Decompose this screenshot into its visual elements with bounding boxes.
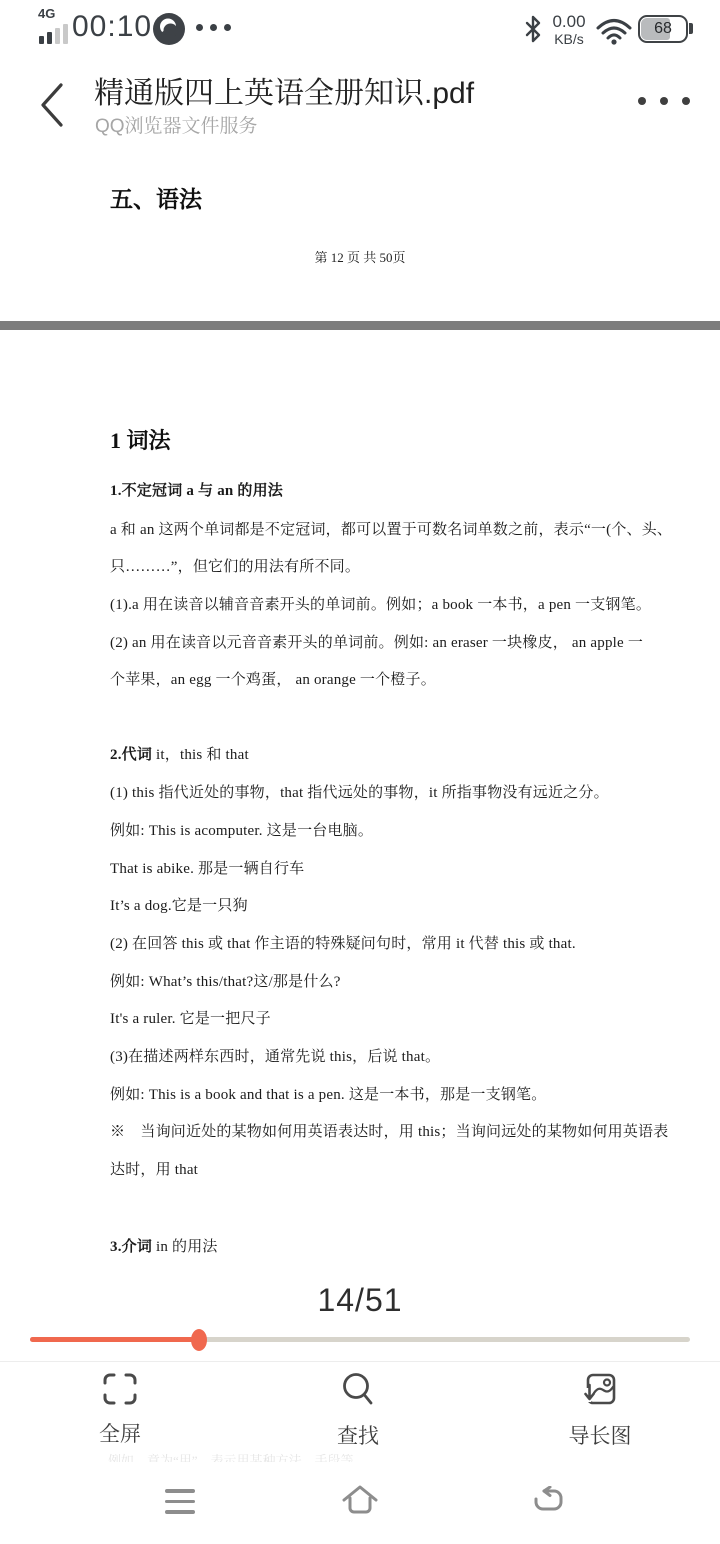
document-source: QQ浏览器文件服务 (95, 111, 258, 138)
pdf-text-line: (3)在描述两样东西时，通常先说 this，后说 that。 (110, 1045, 440, 1066)
clock: 00:10 (72, 10, 152, 44)
export-long-image-button[interactable]: 导长图 (540, 1372, 660, 1450)
pdf-text-line: 个苹果，an egg 一个鸡蛋， an orange 一个橙子。 (110, 668, 436, 689)
reader-toolbar: 全屏 查找 导长图 例如，意为“用” (0, 1361, 720, 1462)
pdf-subheading: 3.介词 in 的用法 (110, 1235, 218, 1256)
system-nav-bar (0, 1462, 720, 1544)
qq-browser-icon (152, 12, 186, 46)
pdf-subheading: 1.不定冠词 a 与 an 的用法 (110, 479, 283, 500)
bluetooth-icon (524, 15, 542, 48)
pdf-text-line: That is abike. 那是一辆自行车 (110, 857, 304, 878)
pdf-subheading-bold: 3.介词 (110, 1239, 152, 1255)
pdf-text-line: a 和 an 这两个单词都是不定冠词，都可以置于可数名词单数之前，表示“一(个、… (110, 518, 672, 539)
status-bar: 4G 00:10 0.00 KB/s (0, 0, 720, 56)
pdf-text-line: 例如: This is acomputer. 这是一台电脑。 (110, 819, 373, 840)
pdf-page-footer: 第 12 页 共 50页 (0, 247, 720, 266)
pdf-text-line: ※ 当询问近处的某物如何用英语表达时，用 this；当询问远处的某物如何用英语表 (110, 1120, 668, 1141)
signal-strength-icon (39, 24, 68, 44)
slider-fill (30, 1337, 199, 1342)
pdf-text-line: (2) 在回答 this 或 that 作主语的特殊疑问句时，常用 it 代替 … (110, 932, 576, 953)
find-button[interactable]: 查找 (298, 1372, 418, 1450)
battery-percent: 68 (640, 17, 686, 41)
more-icon[interactable] (638, 97, 690, 105)
menu-icon[interactable] (165, 1489, 195, 1521)
pdf-text-line: 例如: This is a book and that is a pen. 这是… (110, 1083, 546, 1104)
network-speed: 0.00 KB/s (546, 13, 592, 47)
network-type-label: 4G (38, 6, 55, 21)
pdf-viewport[interactable]: 五、语法 第 12 页 共 50页 1 词法 1.不定冠词 a 与 an 的用法… (0, 153, 720, 1280)
pdf-text-line: (1).a 用在读音以辅音音素开头的单词前。例如；a book 一本书，a pe… (110, 593, 651, 614)
page-indicator: 14/51 (0, 1282, 720, 1319)
page-separator (0, 321, 720, 330)
fullscreen-button[interactable]: 全屏 (60, 1372, 180, 1448)
pdf-subheading-rest: in 的用法 (152, 1239, 218, 1255)
toolbar-item-label: 全屏 (99, 1418, 141, 1448)
file-header: 精通版四上英语全册知识.pdf QQ浏览器文件服务 (0, 56, 720, 153)
pdf-subheading-rest: it，this 和 that (152, 747, 249, 763)
export-long-image-icon (582, 1372, 618, 1413)
pdf-subheading-bold: 2.代词 (110, 747, 152, 763)
toolbar-item-label: 查找 (337, 1420, 379, 1450)
battery-icon: 68 (638, 15, 688, 43)
pdf-text-line: 达时，用 that (110, 1158, 198, 1179)
home-icon[interactable] (340, 1482, 380, 1523)
pdf-text-line: 只………”，但它们的用法有所不同。 (110, 555, 360, 576)
pdf-text-line: (1) this 指代近处的事物，that 指代远处的事物，it 所指事物没有远… (110, 781, 609, 802)
pdf-text-line: It's a ruler. 它是一把尺子 (110, 1007, 271, 1028)
status-more-icon (196, 24, 231, 31)
phone-screen: 4G 00:10 0.00 KB/s (0, 0, 720, 1544)
search-icon (340, 1372, 376, 1413)
pdf-text-line: It’s a dog.它是一只狗 (110, 894, 248, 915)
slider-thumb[interactable] (191, 1329, 207, 1351)
page-progress-slider[interactable] (0, 1326, 720, 1354)
pdf-text-line: 例如: What’s this/that?这/那是什么? (110, 970, 341, 991)
pdf-chapter-heading: 1 词法 (110, 424, 171, 455)
back-nav-icon[interactable] (530, 1486, 568, 1521)
pdf-section-heading: 五、语法 (110, 181, 202, 214)
toolbar-item-label: 导长图 (569, 1420, 632, 1450)
wifi-icon (596, 17, 632, 50)
back-icon[interactable] (38, 82, 66, 128)
fullscreen-icon (102, 1372, 138, 1411)
pdf-text-line: (2) an 用在读音以元音音素开头的单词前。例如: an eraser 一块橡… (110, 631, 643, 652)
document-title: 精通版四上英语全册知识.pdf (94, 68, 474, 112)
pdf-subheading: 2.代词 it，this 和 that (110, 743, 249, 764)
